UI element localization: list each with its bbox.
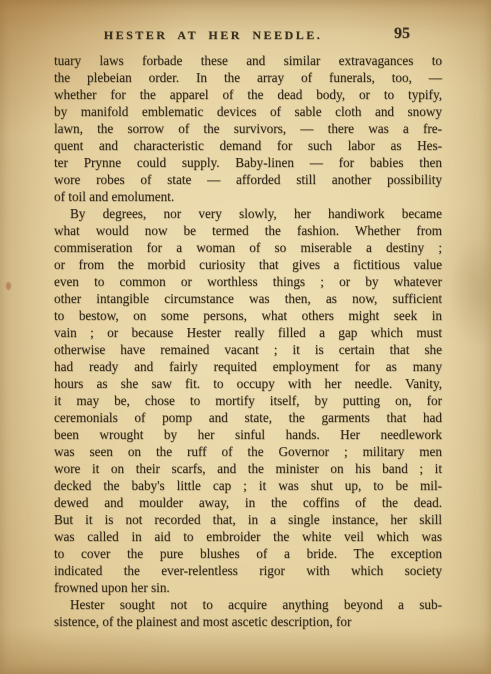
text-line: decked the baby's little cap ; it was sh…	[54, 477, 442, 494]
text-line: of toil and emolument.	[54, 188, 442, 205]
text-line: ceremonials of pomp and state, the garme…	[54, 409, 442, 426]
text-line: wore robes of state — afforded still ano…	[54, 171, 442, 188]
text-line: But it is not recorded that, in a single…	[54, 511, 442, 528]
scan-smudge	[449, 238, 491, 348]
text-line: it may be, chose to mortify itself, by p…	[54, 392, 442, 409]
text-line: lawn, the sorrow of the survivors, — the…	[54, 120, 442, 137]
text-line: dewed and moulder away, in the coffins o…	[54, 494, 442, 511]
text-line: other intangible circumstance was then, …	[54, 290, 442, 307]
text-line: whether for the apparel of the dead body…	[54, 86, 442, 103]
text-line: hours as she saw fit. to occupy with her…	[54, 375, 442, 392]
text-line: had ready and fairly requited employment…	[54, 358, 442, 375]
text-line: was seen on the ruff of the Governor ; m…	[54, 443, 442, 460]
text-line: or from the morbid curiosity that gives …	[54, 256, 442, 273]
page-number: 95	[394, 25, 410, 43]
text-line: sistence, of the plainest and most ascet…	[54, 613, 442, 630]
text-line: quent and characteristic demand for such…	[54, 137, 442, 154]
page-text-block: tuary laws forbade these and similar ext…	[54, 52, 442, 630]
text-line: tuary laws forbade these and similar ext…	[54, 52, 442, 69]
text-line: vain ; or because Hester really filled a…	[54, 324, 442, 341]
text-line: even to common or worthless things ; or …	[54, 273, 442, 290]
text-line: By degrees, nor very slowly, her handiwo…	[54, 205, 442, 222]
text-line: frowned upon her sin.	[54, 579, 442, 596]
text-line: ter Prynne could supply. Baby-linen — fo…	[54, 154, 442, 171]
text-line: wore it on their scarfs, and the ministe…	[54, 460, 442, 477]
text-line: to cover the pure blushes of a bride. Th…	[54, 545, 442, 562]
book-page-scan: HESTER AT HER NEEDLE. 95 tuary laws forb…	[0, 0, 491, 674]
running-head: HESTER AT HER NEEDLE. 95	[54, 28, 442, 48]
ink-speck	[6, 282, 11, 290]
text-line: indicated the ever-relentless rigor with…	[54, 562, 442, 579]
text-line: by manifold emblematic devices of sable …	[54, 103, 442, 120]
text-line: to bestow, on some persons, what others …	[54, 307, 442, 324]
text-line: been wrought by her sinful hands. Her ne…	[54, 426, 442, 443]
text-line: commiseration for a woman of so miserabl…	[54, 239, 442, 256]
text-line: otherwise have remained vacant ; it is c…	[54, 341, 442, 358]
text-line: the plebeian order. In the array of fune…	[54, 69, 442, 86]
text-line: Hester sought not to acquire anything be…	[54, 596, 442, 613]
text-line: was called in aid to embroider the white…	[54, 528, 442, 545]
text-line: what would now be termed the fashion. Wh…	[54, 222, 442, 239]
running-title: HESTER AT HER NEEDLE.	[54, 28, 442, 43]
